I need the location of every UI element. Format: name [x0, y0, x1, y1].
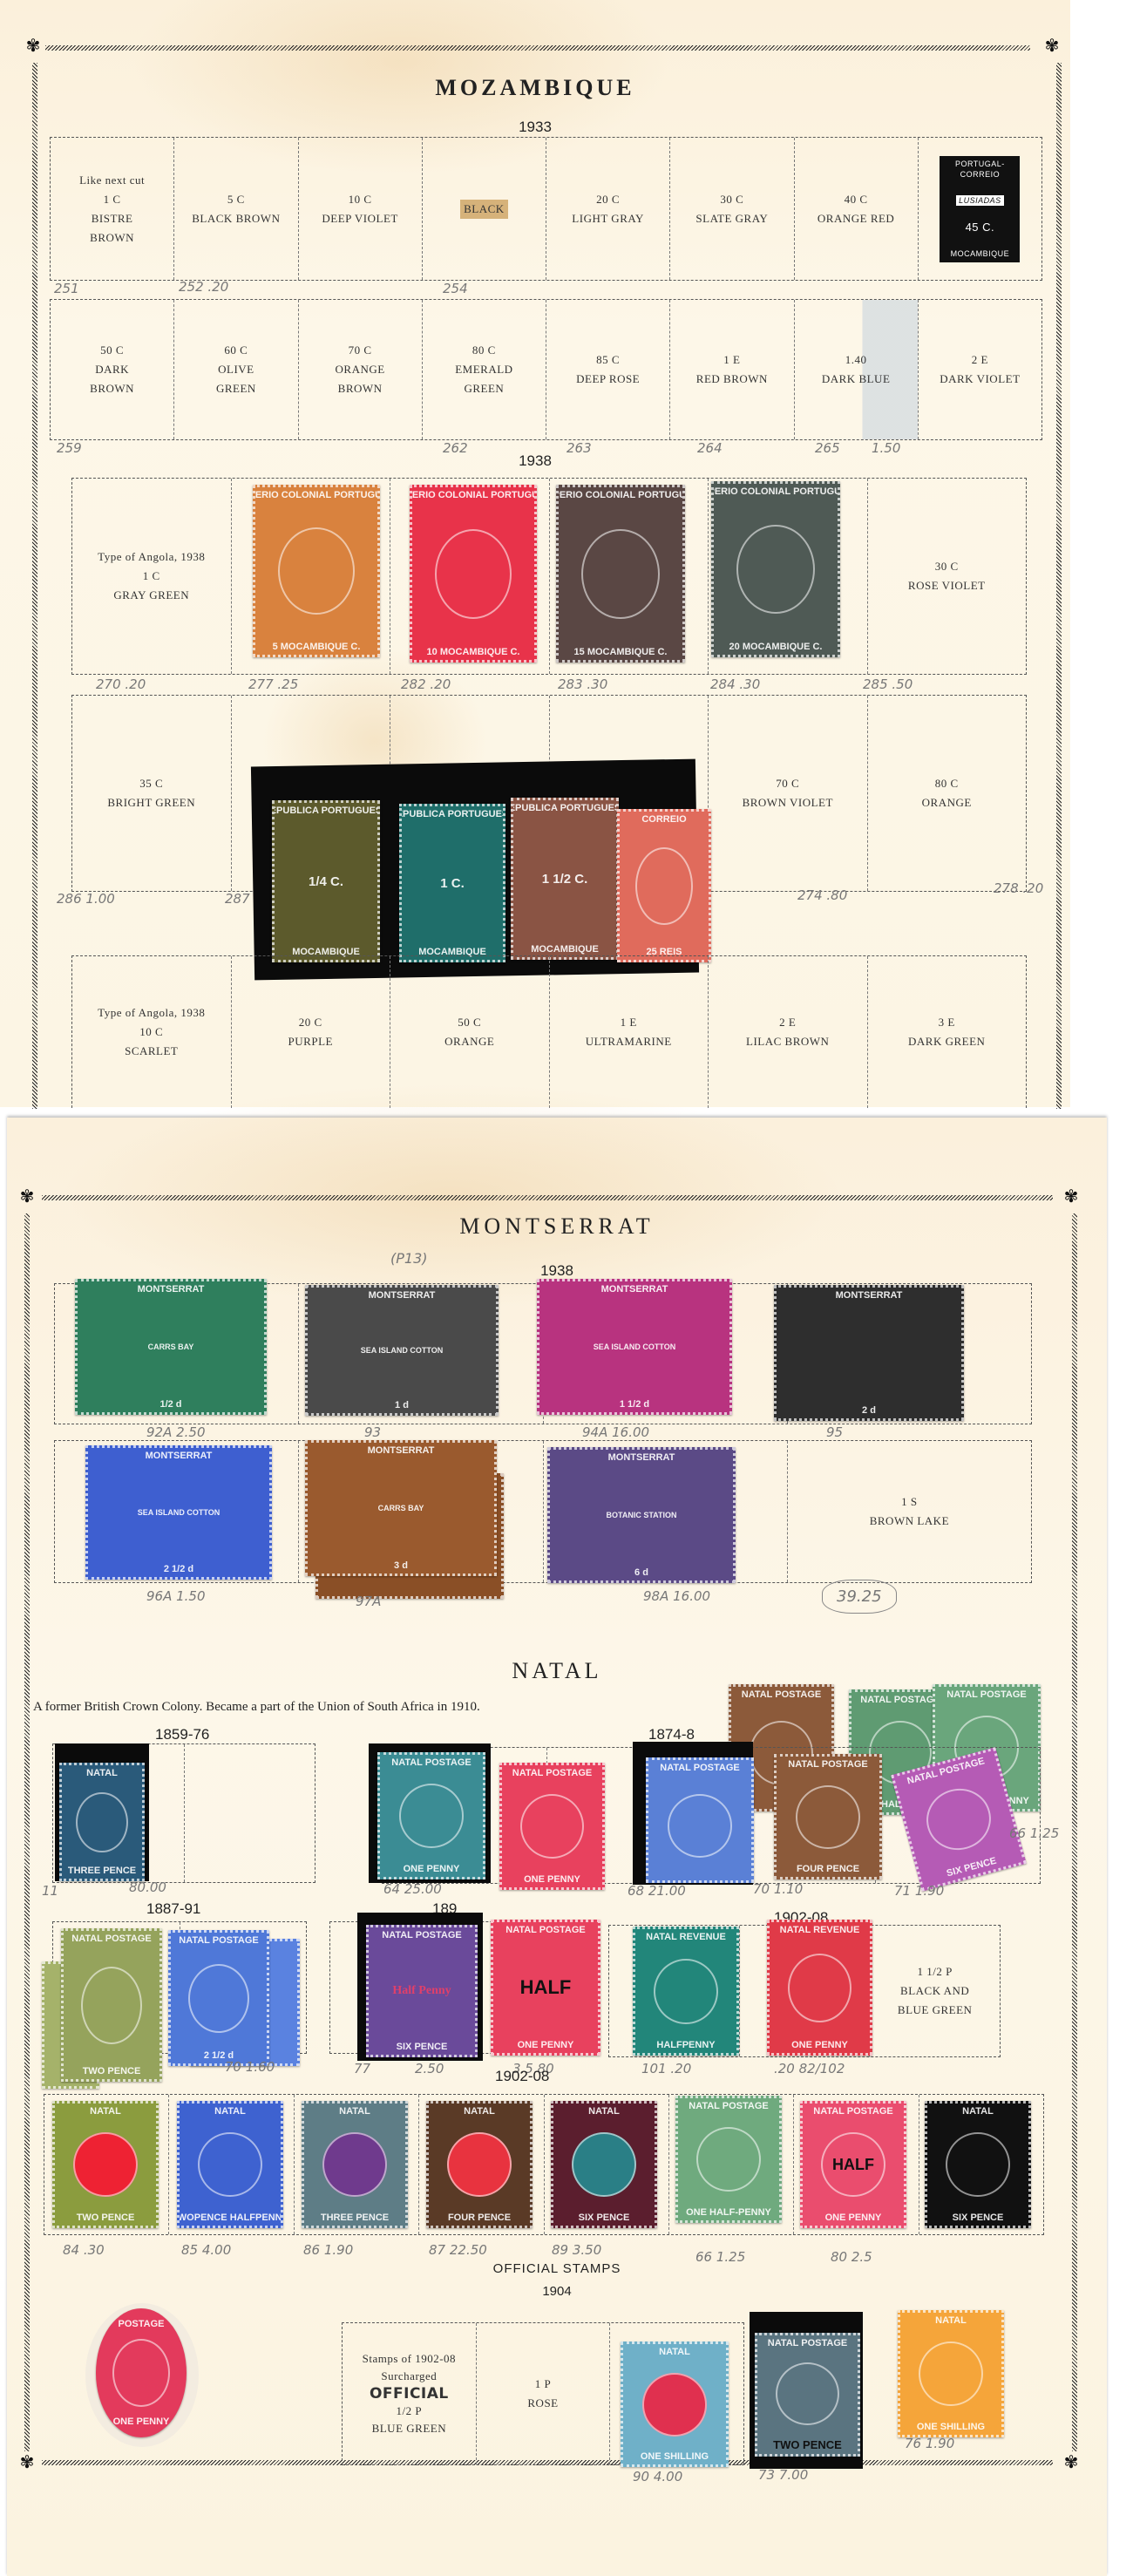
stamp-space[interactable]: 30 CSLATE GRAY [670, 138, 794, 280]
stamp-space[interactable]: Type of Angola, 19381 CGRAY GREEN [72, 479, 232, 674]
section-year: 1938 [0, 452, 1070, 470]
stamp-natal-2-half-d[interactable]: NATAL POSTAGE2 1/2 d [168, 1930, 269, 2066]
stamp-natal-one-shilling[interactable]: NATALONE SHILLING [621, 2342, 729, 2467]
stamp-natal-one-penny-teal[interactable]: NATAL POSTAGEONE PENNY [377, 1752, 485, 1879]
stamp-montserrat-2-half-d[interactable]: MONTSERRATSEA ISLAND COTTON2 1/2 d [85, 1445, 272, 1580]
stamp-space[interactable]: 85 CDEEP ROSE [546, 300, 670, 439]
stamp-grid-1933-row2: 50 CDARKBROWN 60 COLIVEGREEN 70 CORANGEB… [50, 299, 1042, 440]
stamp-space[interactable]: 1.40DARK BLUE [795, 300, 919, 439]
album-page-mozambique: ✾ ✾ MOZAMBIQUE 1933 Like next cut1 CBIST… [0, 0, 1070, 1107]
stamp-space[interactable]: 2 EDARK VIOLET [919, 300, 1041, 439]
corner-ornament-icon: ✾ [1062, 2453, 1081, 2472]
stamp-grid-1933-row1: Like next cut1 CBISTREBROWN 5 CBLACK BRO… [50, 137, 1042, 281]
official-overprint-label: OFFICIAL [370, 2385, 449, 2403]
stamp-natal-two-pence[interactable]: NATAL POSTAGETWO PENCE [61, 1928, 162, 2082]
portrait-icon [188, 1964, 249, 2033]
section-year: 1902-08 [495, 2068, 549, 2085]
portrait-icon: HALF [821, 2132, 885, 2197]
portrait-icon [654, 1959, 718, 2024]
stamp-mozambique-10c[interactable]: IMPERIO COLONIAL PORTUGUES10 MOCAMBIQUE … [410, 485, 537, 663]
stamp-montserrat-half-d[interactable]: MONTSERRATCARRS BAY1/2 d [75, 1279, 267, 1415]
stamp-grid-1938-row3: Type of Angola, 193810 CSCARLET 20 CPURP… [71, 955, 1027, 1108]
portrait-icon [520, 1794, 584, 1859]
stamp-natal-half-on-one-penny[interactable]: NATAL POSTAGEHALFONE PENNY [491, 1920, 600, 2056]
stamp-space[interactable] [185, 1744, 315, 1882]
portrait-icon [322, 2132, 387, 2197]
portrait-icon [81, 1967, 142, 2044]
stamp-mozambique-5c[interactable]: IMPERIO COLONIAL PORTUGUES5 MOCAMBIQUE C… [253, 485, 380, 657]
section-year: 1933 [0, 119, 1070, 136]
border-left [32, 63, 37, 1109]
stamp-natal-row3[interactable]: NATALTHREE PENCE [302, 2101, 408, 2228]
corner-ornament-icon: ✾ [1042, 37, 1062, 56]
corner-ornament-icon: ✾ [24, 37, 43, 56]
stamp-space[interactable]: 10 CDEEP VIOLET [299, 138, 423, 280]
stamp-natal-halfpenny-edward[interactable]: NATAL REVENUEHALFPENNY [633, 1927, 739, 2056]
official-heading: OFFICIAL STAMPS [7, 2261, 1107, 2276]
stamp-space[interactable]: 50 CDARKBROWN [51, 300, 174, 439]
portrait-icon [946, 2132, 1010, 2197]
stamp-natal-row3[interactable]: NATALSIX PENCE [551, 2101, 657, 2228]
stamp-montserrat-6d[interactable]: MONTSERRATBOTANIC STATION6 d [547, 1447, 736, 1583]
stamp-space[interactable]: 70 CORANGEBROWN [299, 300, 423, 439]
portrait-icon [776, 2362, 839, 2425]
stamp-natal-three-pence[interactable]: NATALTHREE PENCE [59, 1763, 145, 1881]
stamp-space[interactable]: 70 CBROWN VIOLET [709, 696, 868, 891]
stamp-space[interactable]: 30 CROSE VIOLET [868, 479, 1027, 674]
stamp-crown-25-reis[interactable]: CORREIO25 REIS [617, 809, 711, 962]
stamp-mozambique-20c[interactable]: IMPERIO COLONIAL PORTUGUES20 MOCAMBIQUE … [711, 481, 840, 657]
portrait-icon [668, 1794, 733, 1858]
portrait-icon [796, 1785, 861, 1849]
stamp-space[interactable]: 40 CORANGE RED [795, 138, 919, 280]
stamp-space[interactable]: 60 COLIVEGREEN [174, 300, 298, 439]
stamp-natal-one-penny-edward[interactable]: NATAL REVENUEONE PENNY [767, 1920, 872, 2056]
border-top [45, 45, 1030, 51]
portrait-icon [435, 529, 512, 619]
stamp-natal-row3[interactable]: NATALFOUR PENCE [426, 2101, 533, 2228]
stamp-illustration-cut: PORTUGAL-CORREIO LUSIADAS 45 C. MOCAMBIQ… [919, 138, 1041, 280]
stamp-grid-1938-row1: Type of Angola, 19381 CGRAY GREEN 30 CRO… [71, 478, 1027, 675]
stamp-natal-row3[interactable]: NATALTWOPENCE HALFPENNY [177, 2101, 283, 2228]
border-top [42, 1195, 1053, 1200]
portrait-icon [572, 2132, 636, 2197]
country-title: MOZAMBIQUE [0, 75, 1070, 101]
section-year: 1938 [7, 1262, 1107, 1280]
portrait-icon [736, 525, 814, 614]
crown-icon [635, 847, 692, 925]
stamp-natal-blue[interactable]: NATAL POSTAGE [646, 1757, 754, 1883]
portrait-icon [278, 527, 355, 615]
portrait-icon [581, 529, 659, 619]
section-year: 1904 [7, 2284, 1107, 2299]
stamp-natal-two-pence-surcharge[interactable]: NATAL POSTAGETWO PENCE [755, 2333, 860, 2457]
corner-ornament-icon: ✾ [17, 2453, 37, 2472]
portrait-icon [73, 2132, 138, 2197]
portrait-icon [642, 2373, 708, 2437]
hinge-remnant: BLACK [460, 200, 508, 219]
stamp-space[interactable]: 35 CBRIGHT GREEN [72, 696, 232, 891]
stamp-natal-row3[interactable]: NATAL POSTAGEHALFONE PENNY [800, 2101, 906, 2228]
portrait-icon [919, 1782, 998, 1858]
portrait-icon [198, 2132, 262, 2197]
stamp-montserrat-1d[interactable]: MONTSERRATSEA ISLAND COTTON1 d [305, 1285, 499, 1416]
stamp-space[interactable]: BLACK [423, 138, 546, 280]
stamp-natal-one-penny-red[interactable]: NATAL POSTAGEONE PENNY [499, 1763, 605, 1890]
portrait-icon [447, 2132, 512, 2197]
stamp-space[interactable]: 5 CBLACK BROWN [174, 138, 298, 280]
portrait-icon [399, 1784, 465, 1848]
stamp-ceres-1c[interactable]: REPUBLICA PORTUGUESA1 C.MOCAMBIQUE [399, 804, 505, 962]
stamp-space[interactable]: Like next cut1 CBISTREBROWN [51, 138, 174, 280]
stamp-space[interactable]: 1 ERED BROWN [670, 300, 794, 439]
corner-ornament-icon: ✾ [17, 1187, 37, 1206]
stamp-ceres-quarter-c[interactable]: REPUBLICA PORTUGUESA1/4 C.MOCAMBIQUE [272, 800, 380, 962]
album-page-montserrat-natal: ✾ ✾ ✾ ✾ MONTSERRAT (P13) 1938 MONTSERRAT… [7, 1118, 1107, 2576]
stamp-space[interactable]: 1 EULTRAMARINE [550, 956, 709, 1108]
country-title-natal: NATAL [7, 1658, 1107, 1684]
stamp-space[interactable]: 3 EDARK GREEN [868, 956, 1027, 1108]
stamp-natal-row3[interactable]: NATALTWO PENCE [52, 2101, 159, 2228]
total-value-note: 39.25 [822, 1580, 897, 1614]
section-year: 1859-76 [155, 1726, 209, 1743]
stamp-space[interactable]: Stamps of 1902-08SurchargedOFFICIAL1/2 P… [343, 2323, 477, 2464]
stamp-space[interactable]: Type of Angola, 193810 CSCARLET [72, 956, 232, 1108]
stamp-natal-one-shilling-orange[interactable]: NATALONE SHILLING [898, 2310, 1004, 2437]
stamp-space[interactable]: 1 PROSE [477, 2323, 611, 2464]
portrait-icon [696, 2127, 761, 2192]
portrait-icon [76, 1792, 127, 1852]
country-description: A former British Crown Colony. Became a … [33, 1700, 480, 1715]
stamp-montserrat-1-half-d[interactable]: MONTSERRATSEA ISLAND COTTON1 1/2 d [537, 1279, 732, 1415]
stamp-natal-four-pence[interactable]: NATAL POSTAGEFOUR PENCE [774, 1754, 882, 1879]
stamp-space[interactable]: 1 1/2 PBLACK ANDBLUE GREEN [870, 1926, 1000, 2056]
stamp-space[interactable]: 80 CORANGE [868, 696, 1027, 891]
stamp-natal-cut-square-one-penny[interactable]: POSTAGEONE PENNY [96, 2308, 187, 2437]
country-title-montserrat: MONTSERRAT [7, 1213, 1107, 1240]
corner-ornament-icon: ✾ [1062, 1187, 1081, 1206]
section-year: 1874-8 [648, 1726, 695, 1743]
portrait-icon [112, 2339, 170, 2407]
stamp-montserrat-2d[interactable]: MONTSERRAT2 d [774, 1285, 964, 1421]
stamp-montserrat-3d[interactable]: MONTSERRATCARRS BAY3 d [305, 1440, 497, 1576]
stamp-natal-row3[interactable]: NATAL POSTAGEONE HALF-PENNY [675, 2096, 782, 2223]
stamp-natal-half-penny-overprint[interactable]: NATAL POSTAGEHalf PennySIX PENCE [366, 1925, 478, 2057]
portrait-icon [919, 2342, 983, 2406]
stamp-mozambique-15c[interactable]: IMPERIO COLONIAL PORTUGUES15 MOCAMBIQUE … [556, 485, 685, 663]
stamp-space[interactable]: 2 ELILAC BROWN [709, 956, 868, 1108]
stamp-ceres-1-half-c[interactable]: REPUBLICA PORTUGUESA1 1/2 C.MOCAMBIQUE [511, 798, 619, 960]
portrait-icon [788, 1954, 851, 2022]
stamp-natal-row3[interactable]: NATALSIX PENCE [925, 2101, 1031, 2228]
border-right [1056, 63, 1062, 1109]
section-year: 1887-91 [146, 1900, 200, 1918]
stamp-space[interactable]: 80 CEMERALDGREEN [423, 300, 546, 439]
stamp-space[interactable]: 20 CLIGHT GRAY [546, 138, 670, 280]
stamp-space[interactable]: 1 SBROWN LAKE [788, 1441, 1031, 1582]
